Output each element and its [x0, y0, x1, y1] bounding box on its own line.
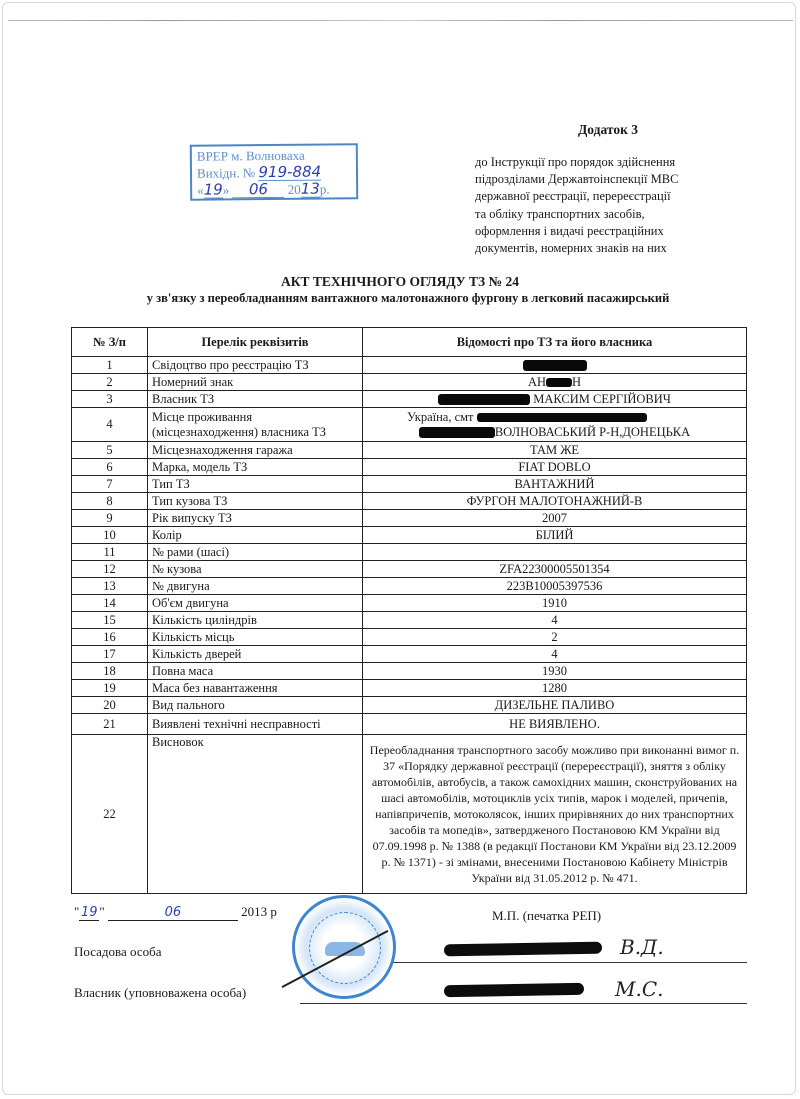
row-number: 22: [72, 735, 148, 894]
redaction-mark: [438, 394, 530, 405]
row-label: № рами (шасі): [148, 544, 363, 561]
table-row-conclusion: 22 Висновок Переобладнання транспортного…: [72, 735, 747, 894]
row-value: ZFA22300005501354: [363, 561, 747, 578]
row-number: 13: [72, 578, 148, 595]
row-label: Власник ТЗ: [148, 391, 363, 408]
inspection-table: № З/п Перелік реквізитів Відомості про Т…: [71, 327, 747, 894]
row-number: 5: [72, 442, 148, 459]
row-label: № кузова: [148, 561, 363, 578]
row-value: 2: [363, 629, 747, 646]
stamp-year-unit: р.: [320, 182, 330, 197]
row-number: 2: [72, 374, 148, 391]
row-label: Номерний знак: [148, 374, 363, 391]
row-label: Тип ТЗ: [148, 476, 363, 493]
table-row: 13№ двигуна223B10005397536: [72, 578, 747, 595]
act-date: "19" 06 2013 р: [74, 904, 277, 921]
reference-line: до Інструкції про порядок здійснення: [475, 154, 775, 171]
row-value: 4: [363, 612, 747, 629]
row-value: ДИЗЕЛЬНЕ ПАЛИВО: [363, 697, 747, 714]
row-value: 4: [363, 646, 747, 663]
redaction-mark: [419, 427, 495, 438]
table-row: 21Виявлені технічні несправностіНЕ ВИЯВЛ…: [72, 714, 747, 735]
row-number: 18: [72, 663, 148, 680]
row-value: Україна, смт ВОЛНОВАСЬКИЙ Р-Н,ДОНЕЦЬКА: [363, 408, 747, 442]
date-day: 19: [79, 905, 99, 921]
row-label-line: (місцезнаходження) власника ТЗ: [152, 425, 358, 440]
row-label: Колір: [148, 527, 363, 544]
appendix-title: Додаток 3: [578, 122, 638, 138]
stamp-month: 06: [232, 181, 284, 198]
row-number: 3: [72, 391, 148, 408]
row-value: FIAT DOBLO: [363, 459, 747, 476]
row-label-line: Місце проживання: [152, 410, 358, 425]
table-row: 1 Свідоцтво про реєстрацію ТЗ: [72, 357, 747, 374]
row-value: НЕ ВИЯВЛЕНО.: [363, 714, 747, 735]
row-value: [363, 544, 747, 561]
row-number: 14: [72, 595, 148, 612]
table-row: 6Марка, модель ТЗFIAT DOBLO: [72, 459, 747, 476]
reference-line: оформлення і видачі реєстраційних: [475, 223, 775, 240]
table-row: 7Тип ТЗВАНТАЖНИЙ: [72, 476, 747, 493]
row-label: Повна маса: [148, 663, 363, 680]
table-row: 17Кількість дверей4: [72, 646, 747, 663]
header-requisites: Перелік реквізитів: [148, 328, 363, 357]
row-number: 11: [72, 544, 148, 561]
reference-line: державної реєстрації, перереєстрації: [475, 188, 775, 205]
row-number: 8: [72, 493, 148, 510]
date-year: 2013 р: [241, 904, 277, 919]
row-number: 17: [72, 646, 148, 663]
reference-line: та обліку транспортних засобів,: [475, 206, 775, 223]
reference-line: документів, номерних знаків на них: [475, 240, 775, 257]
instruction-reference: до Інструкції про порядок здійснення під…: [475, 154, 775, 257]
row-value: ФУРГОН МАЛОТОНАЖНИЙ-В: [363, 493, 747, 510]
row-label: Тип кузова ТЗ: [148, 493, 363, 510]
scan-edge-line: [8, 20, 793, 21]
table-row: 2 Номерний знак АНН: [72, 374, 747, 391]
row-value: ТАМ ЖЕ: [363, 442, 747, 459]
row-value: МАКСИМ СЕРГІЙОВИЧ: [363, 391, 747, 408]
plate-prefix: АН: [528, 375, 546, 389]
row-number: 12: [72, 561, 148, 578]
table-row: 16Кількість місць2: [72, 629, 747, 646]
row-number: 10: [72, 527, 148, 544]
row-number: 21: [72, 714, 148, 735]
stamp-year-prefix: 20: [288, 182, 301, 197]
table-row: 4 Місце проживання (місцезнаходження) вл…: [72, 408, 747, 442]
address-line: ВОЛНОВАСЬКИЙ Р-Н,ДОНЕЦЬКА: [495, 425, 690, 439]
row-label: Кількість циліндрів: [148, 612, 363, 629]
row-number: 9: [72, 510, 148, 527]
row-number: 4: [72, 408, 148, 442]
row-value: [363, 357, 747, 374]
table-row: 10КолірБІЛИЙ: [72, 527, 747, 544]
official-label: Посадова особа: [74, 944, 162, 960]
row-value: ВАНТАЖНИЙ: [363, 476, 747, 493]
owner-signature-initials: М.С.: [615, 977, 664, 1001]
owner-signature-line: [300, 1003, 747, 1004]
official-signature-initials: В.Д.: [620, 935, 664, 959]
table-row: 3 Власник ТЗ МАКСИМ СЕРГІЙОВИЧ: [72, 391, 747, 408]
conclusion-text: Переобладнання транспортного засобу можл…: [363, 735, 747, 894]
row-label: Свідоцтво про реєстрацію ТЗ: [148, 357, 363, 374]
row-number: 15: [72, 612, 148, 629]
redaction-mark: [444, 983, 584, 997]
row-label: Кількість місць: [148, 629, 363, 646]
stamp-day: 19: [204, 181, 223, 198]
stamp-outgoing-row: Вихідн. № 919-884: [197, 163, 356, 181]
redaction-mark: [546, 378, 572, 387]
row-label: Кількість дверей: [148, 646, 363, 663]
stamp-year-suffix: 13: [301, 181, 320, 198]
owner-name: МАКСИМ СЕРГІЙОВИЧ: [533, 392, 671, 406]
row-label: Рік випуску ТЗ: [148, 510, 363, 527]
official-round-seal: [292, 895, 396, 999]
table-row: 8Тип кузова ТЗФУРГОН МАЛОТОНАЖНИЙ-В: [72, 493, 747, 510]
row-label: Виявлені технічні несправності: [148, 714, 363, 735]
table-row: 14Об'єм двигуна1910: [72, 595, 747, 612]
row-label: Марка, модель ТЗ: [148, 459, 363, 476]
row-label: Місцезнаходження гаража: [148, 442, 363, 459]
row-label: Висновок: [148, 735, 363, 894]
outgoing-registration-stamp: ВРЕР м. Волноваха Вихідн. № 919-884 «19»…: [190, 143, 358, 200]
table-row: 12№ кузоваZFA22300005501354: [72, 561, 747, 578]
quote: ": [99, 904, 104, 919]
plate-suffix: Н: [572, 375, 581, 389]
row-value: АНН: [363, 374, 747, 391]
row-label: Місце проживання (місцезнаходження) влас…: [148, 408, 363, 442]
row-value: 223B10005397536: [363, 578, 747, 595]
table-row: 11№ рами (шасі): [72, 544, 747, 561]
table-header-row: № З/п Перелік реквізитів Відомості про Т…: [72, 328, 747, 357]
row-number: 6: [72, 459, 148, 476]
row-value: 1910: [363, 595, 747, 612]
row-number: 16: [72, 629, 148, 646]
row-number: 1: [72, 357, 148, 374]
stamp-outgoing-label: Вихідн. №: [197, 165, 255, 181]
table-row: 20Вид пальногоДИЗЕЛЬНЕ ПАЛИВО: [72, 697, 747, 714]
document-title: АКТ ТЕХНІЧНОГО ОГЛЯДУ ТЗ № 24: [0, 274, 800, 290]
table-row: 5Місцезнаходження гаражаТАМ ЖЕ: [72, 442, 747, 459]
address-line: Україна, смт: [407, 410, 474, 424]
row-number: 7: [72, 476, 148, 493]
seal-label: М.П. (печатка РЕП): [492, 908, 601, 924]
row-label: Вид пального: [148, 697, 363, 714]
stamp-date-row: «19» 06 2013р.: [197, 180, 356, 198]
document-subtitle: у зв'язку з переобладнанням вантажного м…: [0, 291, 800, 306]
table-row: 18Повна маса1930: [72, 663, 747, 680]
stamp-outgoing-number: 919-884: [258, 164, 321, 182]
row-label: № двигуна: [148, 578, 363, 595]
header-number: № З/п: [72, 328, 148, 357]
table-row: 9Рік випуску ТЗ2007: [72, 510, 747, 527]
table-row: 19Маса без навантаження1280: [72, 680, 747, 697]
owner-label: Власник (уповноважена особа): [74, 985, 246, 1001]
row-number: 19: [72, 680, 148, 697]
redaction-mark: [523, 360, 587, 371]
date-month: 06: [108, 905, 238, 921]
row-value: БІЛИЙ: [363, 527, 747, 544]
row-number: 20: [72, 697, 148, 714]
reference-line: підрозділами Державтоінспекції МВС: [475, 171, 775, 188]
row-value: 2007: [363, 510, 747, 527]
row-label: Маса без навантаження: [148, 680, 363, 697]
row-label: Об'єм двигуна: [148, 595, 363, 612]
row-value: 1930: [363, 663, 747, 680]
row-value: 1280: [363, 680, 747, 697]
table-row: 15Кількість циліндрів4: [72, 612, 747, 629]
redaction-mark: [477, 413, 647, 422]
header-details: Відомості про ТЗ та його власника: [363, 328, 747, 357]
